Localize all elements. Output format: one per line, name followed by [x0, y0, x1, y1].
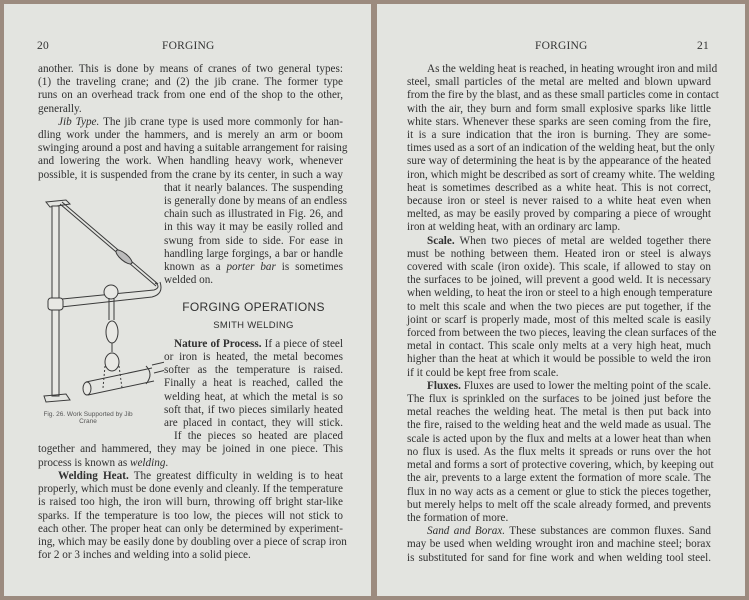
left-page: 20 FORGING another. This is done by mean…: [4, 4, 371, 596]
subsection-heading: SMITH WELDING: [164, 319, 343, 332]
jib-crane-illustration: [34, 190, 164, 410]
text-line: As the welding heat is reached, in heati…: [407, 63, 711, 76]
page-number: 20: [37, 40, 49, 52]
text-line: for 2 or 3 inches and welding into a sol…: [38, 549, 343, 562]
text-line: swinging around a post and having a suit…: [38, 142, 343, 155]
text-line: each other. The proper heat can only be …: [38, 523, 343, 536]
text-line: possible, it is suspended from the crane…: [38, 169, 343, 182]
paragraph-jib-type: Jib Type. The jib crane type is used mor…: [38, 116, 343, 129]
right-page: FORGING 21 As the welding heat is reache…: [377, 4, 745, 596]
text-line: another. This is done by means of cranes…: [38, 63, 343, 76]
text-line: together and hammered, they may be joine…: [38, 443, 343, 456]
figure-wrap-text: that it nearly balances. The suspending …: [164, 182, 343, 288]
run-in-heading: Nature of Process.: [174, 338, 262, 350]
text-line: dling work under the hammers, and is mer…: [38, 129, 343, 142]
page-number: 21: [697, 40, 709, 52]
running-title: FORGING: [162, 40, 215, 52]
text-line: runs on an overhead track from one end o…: [38, 89, 343, 102]
text-line: and lowering the work. When handling hea…: [38, 155, 343, 168]
paragraph-scale: Scale. When two pieces of metal are weld…: [407, 235, 711, 248]
run-in-heading: Sand and Borax.: [427, 525, 505, 537]
body-text: As the welding heat is reached, in heati…: [407, 63, 711, 565]
text-line: (1) the traveling crane; and (2) the jib…: [38, 76, 343, 89]
paragraph-fluxes: Fluxes. Fluxes are used to lower the mel…: [407, 380, 711, 393]
text-line: sparks. If the temperature is too low, t…: [38, 510, 343, 523]
paragraph-sand-borax: Sand and Borax. These substances are com…: [407, 525, 711, 538]
running-title: FORGING: [535, 40, 588, 52]
run-in-heading: Welding Heat.: [58, 470, 129, 482]
text-line: properly, which must be done evenly and …: [38, 483, 343, 496]
figure-caption: Fig. 26. Work Supported by Jib Crane: [18, 411, 158, 425]
text-line: is raised too high, the iron will burn, …: [38, 496, 343, 509]
text-line: generally.: [38, 103, 343, 116]
figure-wrap-text: Nature of Process. If a piece of steel o…: [164, 338, 343, 444]
term-welding: welding: [130, 457, 165, 469]
text-line: ing, which may be easily done by doublin…: [38, 536, 343, 549]
paragraph-welding-heat: Welding Heat. The greatest difficulty in…: [38, 470, 343, 483]
section-heading: FORGING OPERATIONS: [164, 301, 343, 314]
term-porter-bar: porter bar: [226, 261, 275, 273]
run-in-heading: Fluxes.: [427, 380, 461, 392]
run-in-heading: Scale.: [427, 235, 455, 247]
run-in-heading: Jib Type.: [58, 116, 99, 128]
